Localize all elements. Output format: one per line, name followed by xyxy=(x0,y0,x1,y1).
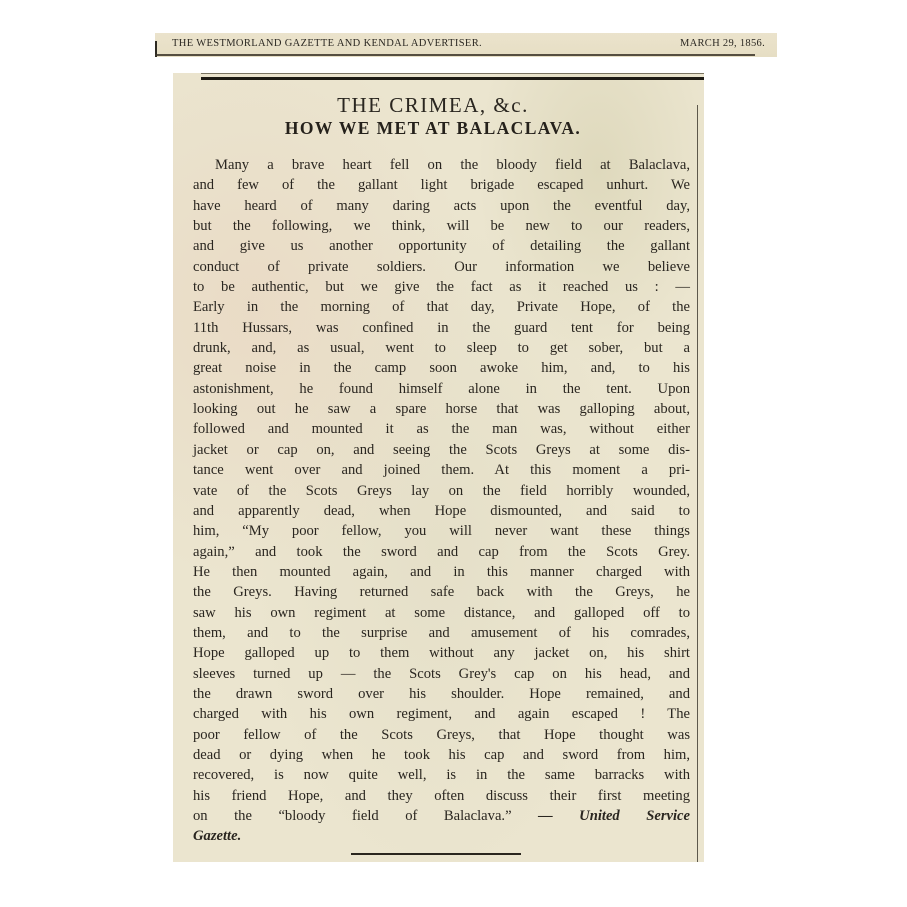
newspaper-masthead: THE WESTMORLAND GAZETTE AND KENDAL ADVER… xyxy=(155,33,777,57)
column-divider-rule xyxy=(697,105,698,862)
article-line: the drawn sword over his shoulder. Hope … xyxy=(193,684,690,704)
attribution-source: — United Service xyxy=(538,808,690,824)
article-line: conduct of private soldiers. Our informa… xyxy=(193,257,690,277)
article-line: followed and mounted it as the man was, … xyxy=(193,419,690,439)
article-line-with-attribution: on the “bloody field of Balaclava.” — Un… xyxy=(193,806,690,826)
article-line: Hope galloped up to them without any jac… xyxy=(193,643,690,663)
article-line: Early in the morning of that day, Privat… xyxy=(193,297,690,317)
article-line: dead or dying when he took his cap and s… xyxy=(193,745,690,765)
article-title: HOW WE MET AT BALACLAVA. xyxy=(173,118,693,139)
article-line: astonishment, he found himself alone in … xyxy=(193,379,690,399)
section-heading: THE CRIMEA, &c. xyxy=(173,93,693,118)
article-line: but the following, we think, will be new… xyxy=(193,216,690,236)
article-line: vate of the Scots Greys lay on the field… xyxy=(193,481,690,501)
article-line: recovered, is now quite well, is in the … xyxy=(193,765,690,785)
article-line: looking out he saw a spare horse that wa… xyxy=(193,399,690,419)
article-body: Many a brave heart fell on the bloody fi… xyxy=(193,155,690,847)
article-line: tance went over and joined them. At this… xyxy=(193,460,690,480)
article-line: sleeves turned up — the Scots Grey's cap… xyxy=(193,664,690,684)
article-line: poor fellow of the Scots Greys, that Hop… xyxy=(193,725,690,745)
article-line: He then mounted again, and in this manne… xyxy=(193,562,690,582)
article-line: again,” and took the sword and cap from … xyxy=(193,542,690,562)
article-line: have heard of many daring acts upon the … xyxy=(193,196,690,216)
article-line: and apparently dead, when Hope dismounte… xyxy=(193,501,690,521)
article-line: jacket or cap on, and seeing the Scots G… xyxy=(193,440,690,460)
article-line: the Greys. Having returned safe back wit… xyxy=(193,582,690,602)
article-line: drunk, and, as usual, went to sleep to g… xyxy=(193,338,690,358)
article-clipping: THE CRIMEA, &c. HOW WE MET AT BALACLAVA.… xyxy=(173,73,704,862)
publication-name: THE WESTMORLAND GAZETTE AND KENDAL ADVER… xyxy=(172,38,482,49)
article-line: and give us another opportunity of detai… xyxy=(193,236,690,256)
article-line: to be authentic, but we give the fact as… xyxy=(193,277,690,297)
publication-date: MARCH 29, 1856. xyxy=(680,38,765,49)
article-line: his friend Hope, and they often discuss … xyxy=(193,786,690,806)
article-line: great noise in the camp soon awoke him, … xyxy=(193,358,690,378)
article-line: saw his own regiment at some distance, a… xyxy=(193,603,690,623)
attribution-source-end: Gazette. xyxy=(193,826,690,846)
article-line: and few of the gallant light brigade esc… xyxy=(193,175,690,195)
article-line: him, “My poor fellow, you will never wan… xyxy=(193,521,690,541)
article-line: on the “bloody field of Balaclava.” xyxy=(193,808,512,824)
article-end-rule xyxy=(351,853,521,855)
article-line: Many a brave heart fell on the bloody fi… xyxy=(193,155,690,175)
article-line: 11th Hussars, was confined in the guard … xyxy=(193,318,690,338)
article-line: charged with his own regiment, and again… xyxy=(193,704,690,724)
top-thick-rule xyxy=(201,77,704,80)
top-thin-rule xyxy=(201,73,704,74)
masthead-rule xyxy=(155,54,755,56)
article-line: them, and to the surprise and amusement … xyxy=(193,623,690,643)
